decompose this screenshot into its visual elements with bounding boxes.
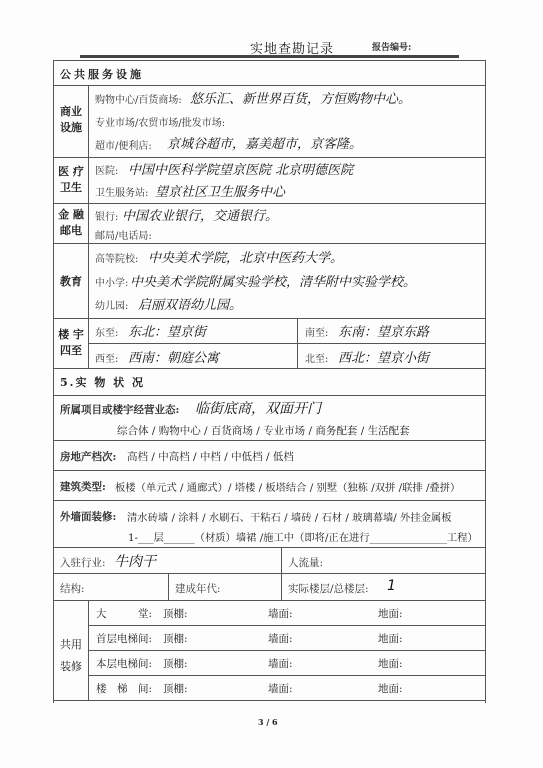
floors-value[interactable]: 1	[387, 578, 396, 594]
post-label: 邮局/电话局:	[95, 227, 152, 242]
wall-label: 墙面:	[268, 681, 293, 696]
page-number: 3 / 6	[258, 717, 278, 727]
category-line: 共用	[54, 634, 88, 656]
area-label: 大 堂:	[96, 606, 152, 621]
category-boundaries: 楼 宇 四至	[54, 327, 88, 359]
category-line: 卫生	[54, 180, 88, 196]
building-type-options: 板楼（单元式 / 通廊式）/ 塔楼 / 板塔结合 / 别墅（独栋 /双拼 /联排…	[115, 479, 460, 494]
category-line: 四至	[54, 343, 88, 359]
facade-options: 清水砖墙 / 涂料 / 水刷石、干粘石 / 墙砖 / 石材 / 玻璃幕墙/ 外挂…	[127, 509, 452, 524]
north-value[interactable]: 西北：望京小街	[338, 347, 429, 366]
north-label: 北至:	[305, 350, 328, 365]
category-line: 教育	[54, 274, 88, 290]
section-physical: 5.实 物 状 况	[60, 374, 145, 390]
floors-label: 实际楼层/总楼层:	[288, 581, 369, 596]
ceiling-label: 顶棚:	[163, 656, 188, 671]
report-number-label: 报告编号:	[372, 40, 411, 53]
clinic-value[interactable]: 望京社区卫生服务中心	[155, 181, 285, 200]
category-line: 装修	[54, 656, 88, 678]
east-label: 东至:	[95, 324, 118, 339]
category-line: 商业	[54, 104, 88, 120]
floor-label: 地面:	[378, 631, 403, 646]
area-label: 楼 梯 间:	[96, 681, 152, 696]
supermarket-value[interactable]: 京城谷超市，嘉美超市，京客隆。	[167, 133, 362, 152]
business-value[interactable]: 临街底商，双面开门	[195, 398, 321, 418]
category-line: 楼 宇	[54, 327, 88, 343]
west-value[interactable]: 西南：朝庭公寓	[128, 347, 219, 366]
category-education: 教育	[54, 274, 88, 290]
grade-label: 房地产档次:	[60, 449, 116, 464]
facade-line2: 1-___层______（材质）墙裙 /施工中（即将/正在进行_________…	[128, 529, 478, 544]
hospital-label: 医院:	[95, 162, 118, 177]
south-label: 南至:	[305, 324, 328, 339]
business-options: 综合体 / 购物中心 / 百货商场 / 专业市场 / 商务配套 / 生活配套	[117, 423, 410, 438]
business-label: 所属项目或楼宇经营业态:	[60, 402, 179, 417]
building-type-label: 建筑类型:	[60, 479, 106, 494]
bank-label: 银行:	[95, 208, 118, 223]
west-label: 西至:	[95, 350, 118, 365]
floor-label: 地面:	[378, 656, 403, 671]
market-label: 专业市场/农贸市场/批发市场:	[95, 114, 225, 129]
category-line: 邮电	[54, 223, 88, 239]
wall-label: 墙面:	[268, 606, 293, 621]
shopping-label: 购物中心/百货商场:	[95, 91, 182, 106]
floor-label: 地面:	[378, 681, 403, 696]
facade-label: 外墙面装修:	[60, 509, 116, 524]
category-line: 金 融	[54, 207, 88, 223]
south-value[interactable]: 东南：望京东路	[338, 321, 429, 340]
kinder-value[interactable]: 启丽双语幼儿园。	[138, 294, 242, 313]
category-medical: 医 疗 卫生	[54, 164, 88, 196]
school-label: 中小学:	[95, 274, 128, 289]
floor-label: 地面:	[378, 606, 403, 621]
ceiling-label: 顶棚:	[163, 631, 188, 646]
east-value[interactable]: 东北：望京街	[128, 321, 206, 340]
category-line: 设施	[54, 120, 88, 136]
clinic-label: 卫生服务站:	[95, 184, 148, 199]
college-label: 高等院校:	[95, 250, 138, 265]
shopping-value[interactable]: 悠乐汇、新世界百货，方恒购物中心。	[190, 88, 411, 107]
year-label: 建成年代:	[175, 581, 221, 596]
grade-options: 高档 / 中高档 / 中档 / 中低档 / 低档	[127, 449, 294, 464]
college-value[interactable]: 中央美术学院，北京中医药大学。	[148, 247, 343, 266]
wall-label: 墙面:	[268, 631, 293, 646]
area-label: 首层电梯间:	[96, 631, 152, 646]
school-value[interactable]: 中央美术学院附属实验学校，清华附中实验学校。	[130, 271, 416, 290]
section-public-services: 公共服务设施	[60, 66, 144, 82]
hospital-value[interactable]: 中国中医科学院望京医院 北京明德医院	[128, 159, 353, 178]
area-label: 本层电梯间:	[96, 656, 152, 671]
ceiling-label: 顶棚:	[163, 606, 188, 621]
bank-value[interactable]: 中国农业银行，交通银行。	[122, 205, 278, 224]
supermarket-label: 超市/便利店:	[95, 137, 152, 152]
industry-label: 入驻行业:	[60, 555, 106, 570]
category-finance: 金 融 邮电	[54, 207, 88, 239]
category-line: 医 疗	[54, 164, 88, 180]
category-shared-decoration: 共用 装修	[54, 634, 88, 678]
category-commercial: 商业 设施	[54, 104, 88, 136]
ceiling-label: 顶棚:	[163, 681, 188, 696]
header-rule	[80, 55, 459, 58]
wall-label: 墙面:	[268, 656, 293, 671]
industry-value[interactable]: 牛肉干	[114, 551, 156, 571]
kinder-label: 幼儿园:	[95, 297, 128, 312]
traffic-label: 人流量:	[288, 555, 323, 570]
structure-label: 结构:	[60, 581, 85, 596]
